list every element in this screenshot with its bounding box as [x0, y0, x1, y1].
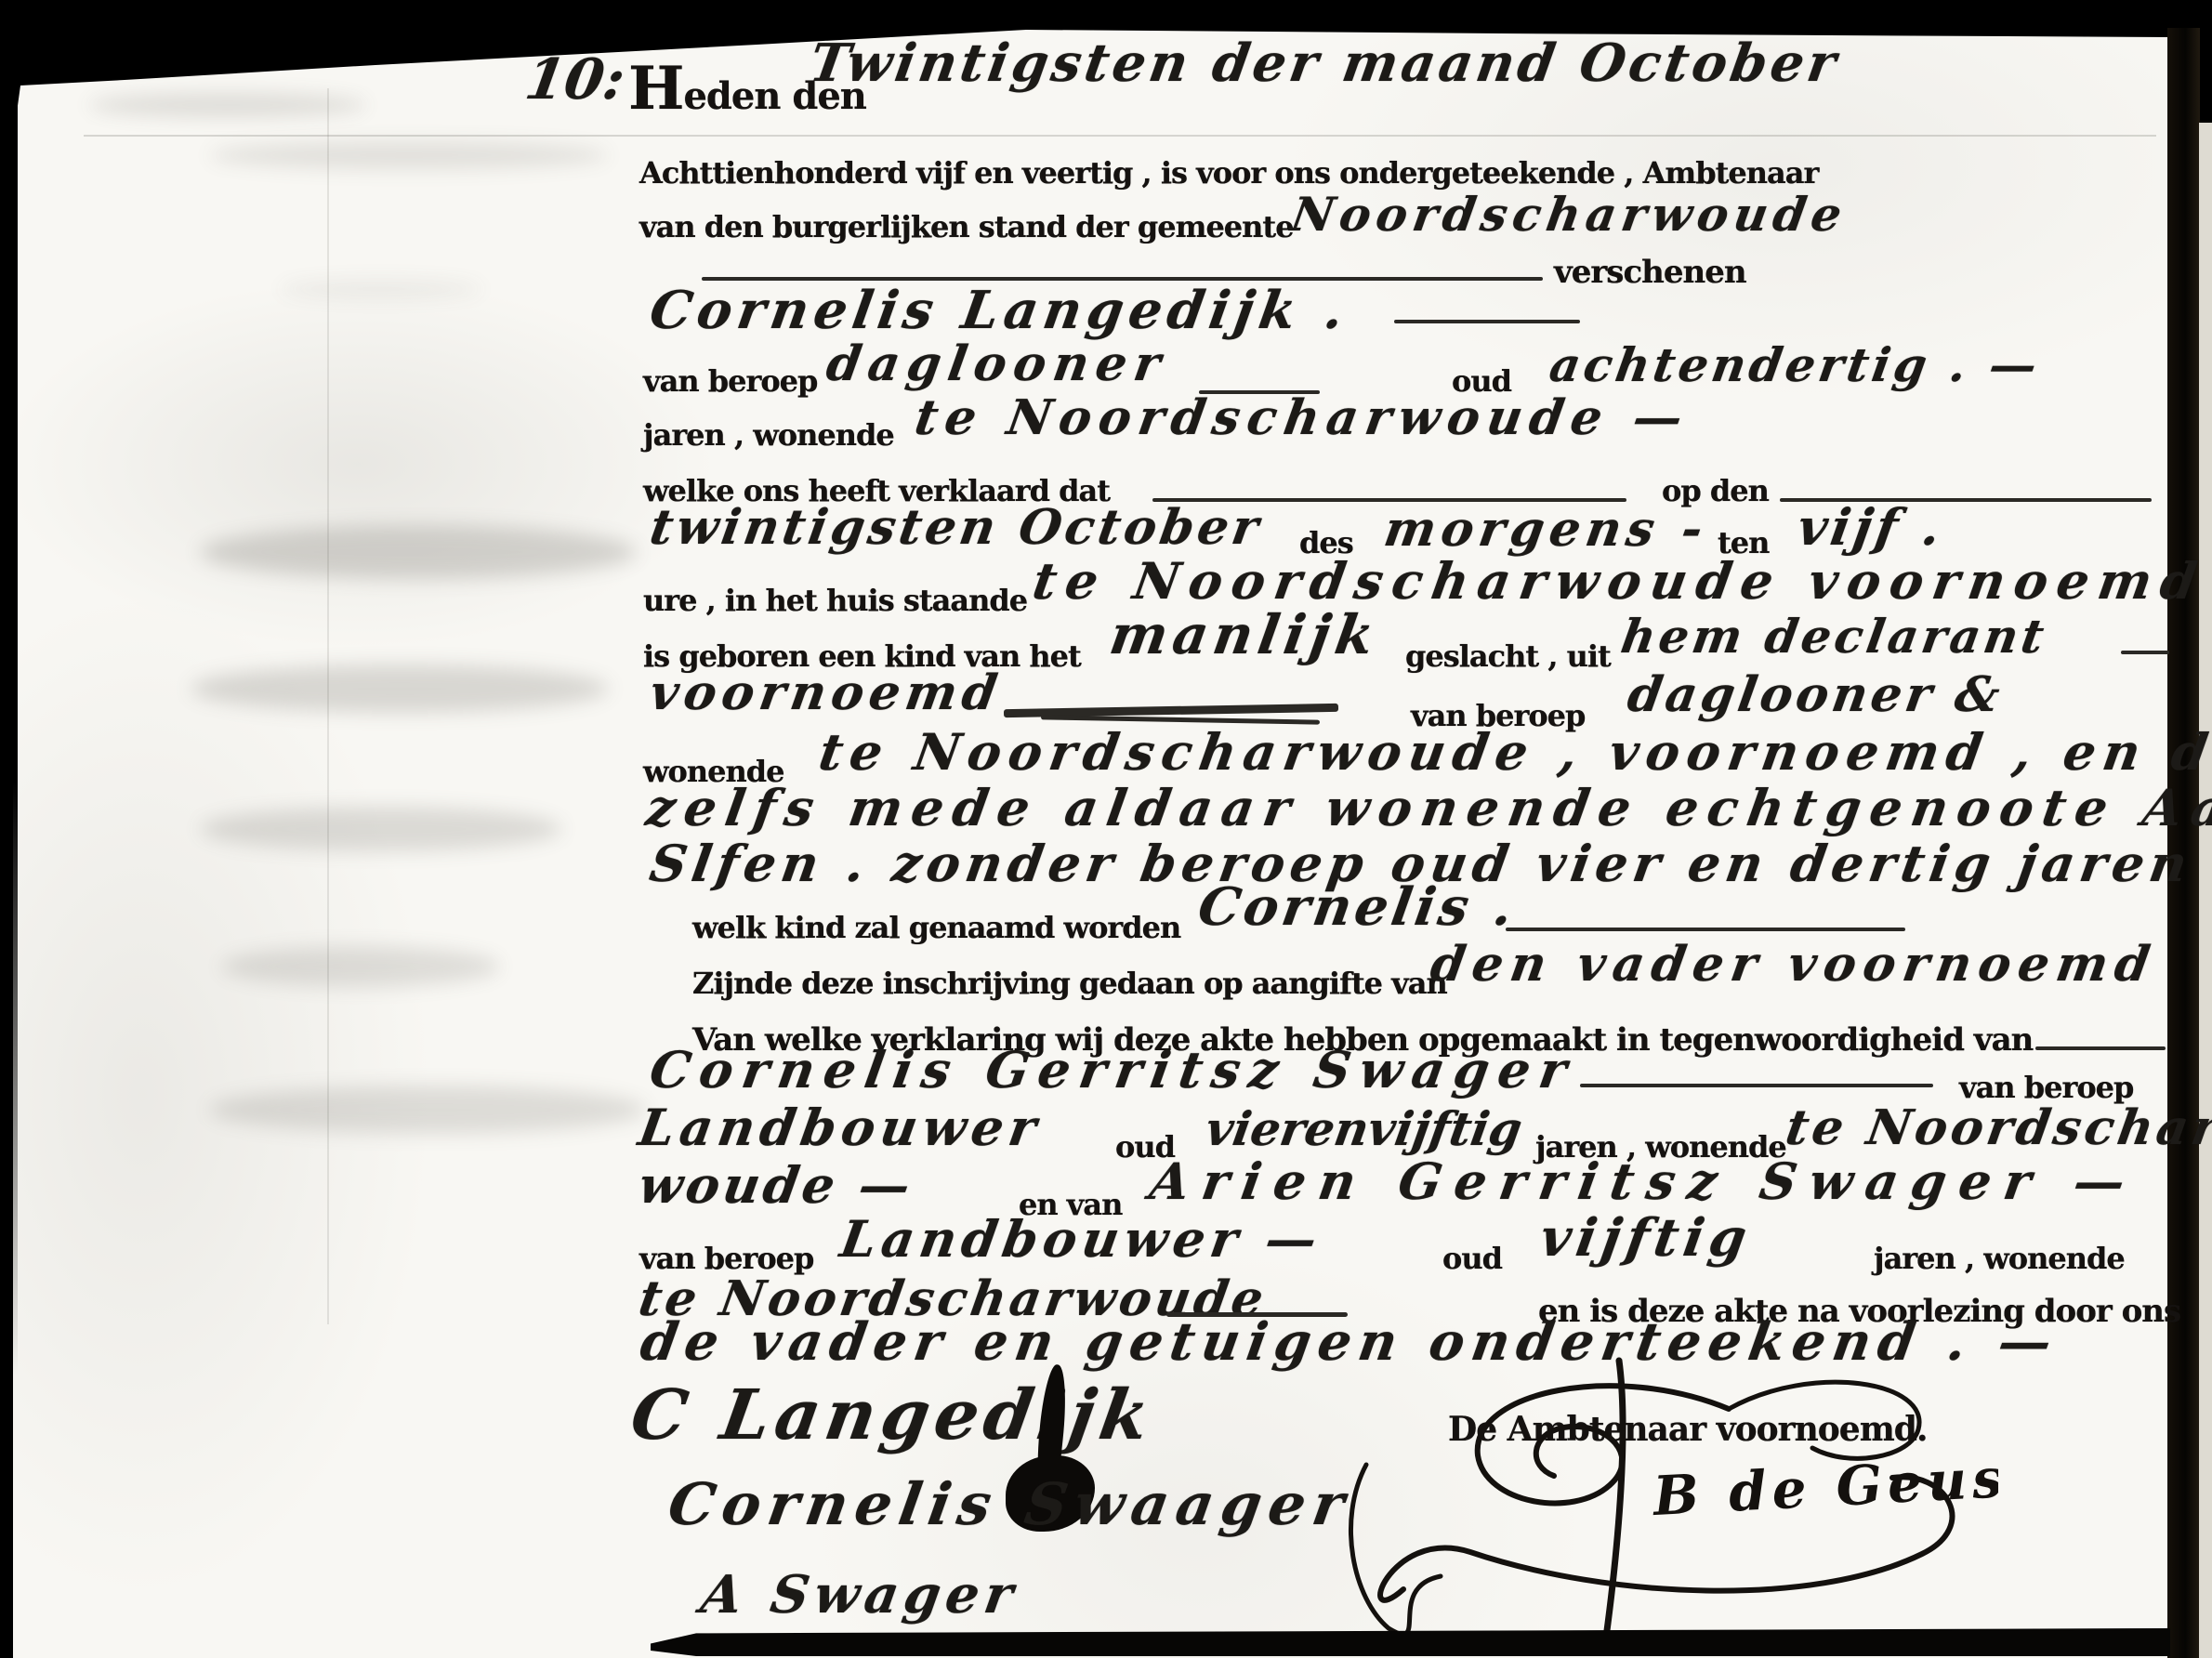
handwritten-declarant-age: achtendertig . —	[1547, 342, 2044, 388]
preprinted-gemeente-label: van den burgerlijken stand der gemeente	[639, 212, 1294, 242]
bleedthrough-smudge	[88, 93, 367, 117]
drop-cap-h: H	[628, 54, 683, 124]
handwritten-parents-residence: te Noordscharwoude , voornoemd , en des	[816, 727, 2212, 777]
bleedthrough-smudge	[279, 279, 483, 299]
filler-dash-line	[1580, 1084, 1933, 1087]
signature-witness-2: A Swager	[698, 1569, 1022, 1621]
preprinted-ure-label: ure , in het huis staande	[643, 586, 1027, 615]
handwritten-mother-line-1: zelfs mede aldaar wonende echtgenoote Aa…	[643, 783, 2212, 833]
left-page-edge	[9, 56, 18, 1375]
handwritten-child-name: Cornelis .	[1195, 881, 1521, 933]
handwritten-witness2-name: Arien Gerritsz Swager —	[1147, 1156, 2141, 1206]
handwritten-witness1-age: vierenvijftig	[1203, 1106, 1525, 1152]
signature-father: C Langedijk	[626, 1381, 1159, 1450]
preprinted-verschenen: verschenen	[1554, 257, 1746, 288]
handwritten-birth-hour: vijf .	[1795, 502, 1948, 552]
bleedthrough-smudge	[200, 807, 562, 851]
preprinted-jaren-wonende: jaren , wonende	[1874, 1243, 2125, 1273]
preprinted-jaren-wonende: jaren , wonende	[643, 420, 894, 450]
preprinted-year-line: Achttienhonderd vijf en veertig , is voo…	[639, 158, 1818, 188]
handwritten-aangifte-door: den vader voornoemd	[1428, 941, 2160, 989]
handwritten-declarant-occupation: daglooner	[823, 340, 1171, 388]
preprinted-geslacht-uit: geslacht , uit	[1405, 641, 1611, 671]
preprinted-naam-label: welk kind zal genaamd worden	[692, 913, 1180, 942]
bleedthrough-smudge	[209, 1086, 646, 1134]
signature-witness-1: Cornelis Swaager	[665, 1476, 1355, 1533]
preprinted-van-beroep: van beroep	[1959, 1072, 2133, 1102]
handwritten-witness1-residence-b: woude —	[636, 1160, 917, 1210]
handwritten-witness2-occupation: Landbouwer —	[837, 1214, 1326, 1264]
handwritten-birth-place: te Noordscharwoude voornoemd	[1030, 556, 2209, 606]
handwritten-voornoemd: voornoemd	[647, 669, 1006, 717]
preprinted-van-beroep: van beroep	[639, 1243, 813, 1273]
bleedthrough-smudge	[209, 141, 609, 169]
handwritten-declarant-name: Cornelis Langedijk .	[647, 284, 1353, 336]
preprinted-oud: oud	[1442, 1243, 1502, 1273]
scanned-birth-record: 10: Heden den Twintigsten der maand Octo…	[0, 0, 2212, 1658]
act-number: 10:	[521, 52, 628, 108]
handwritten-gender: manlijk	[1106, 608, 1383, 662]
filler-dash-line	[1394, 320, 1580, 323]
bleedthrough-smudge	[191, 665, 609, 713]
handwritten-birth-date: twintigsten October	[647, 504, 1266, 552]
filler-dash-line	[2121, 651, 2169, 654]
official-signature-flourish: B de Geus .	[1329, 1355, 1998, 1652]
handwritten-daypart: morgens -	[1381, 506, 1712, 554]
handwritten-witness1-name: Cornelis Gerritsz Swager	[647, 1045, 1580, 1095]
handwritten-witness1-residence-a: te Noordschar	[1783, 1104, 2212, 1152]
handwritten-father-occupation: daglooner &	[1625, 671, 2007, 719]
handwritten-father-reference: hem declarant	[1618, 613, 2050, 660]
official-signature-name: B de Geus .	[1650, 1443, 1998, 1528]
handwritten-witness2-age: vijftig	[1537, 1212, 1756, 1264]
top-fold-line	[84, 135, 2156, 137]
handwritten-gemeente: Noordscharwoude	[1288, 191, 1850, 238]
handwritten-witness1-occupation: Landbouwer	[636, 1102, 1046, 1152]
preprinted-aangifte-label: Zijnde deze inschrijving gedaan op aangi…	[692, 968, 1447, 998]
handwritten-date-of-act: Twintigsten der maand October	[807, 37, 1843, 89]
preprinted-van-beroep: van beroep	[643, 366, 817, 396]
bleedthrough-smudge	[200, 525, 637, 579]
filler-dash-line	[1506, 928, 1905, 931]
filler-dash-line	[2035, 1046, 2166, 1050]
handwritten-declarant-residence: te Noordscharwoude —	[912, 394, 1693, 442]
bleedthrough-smudge	[221, 946, 500, 987]
